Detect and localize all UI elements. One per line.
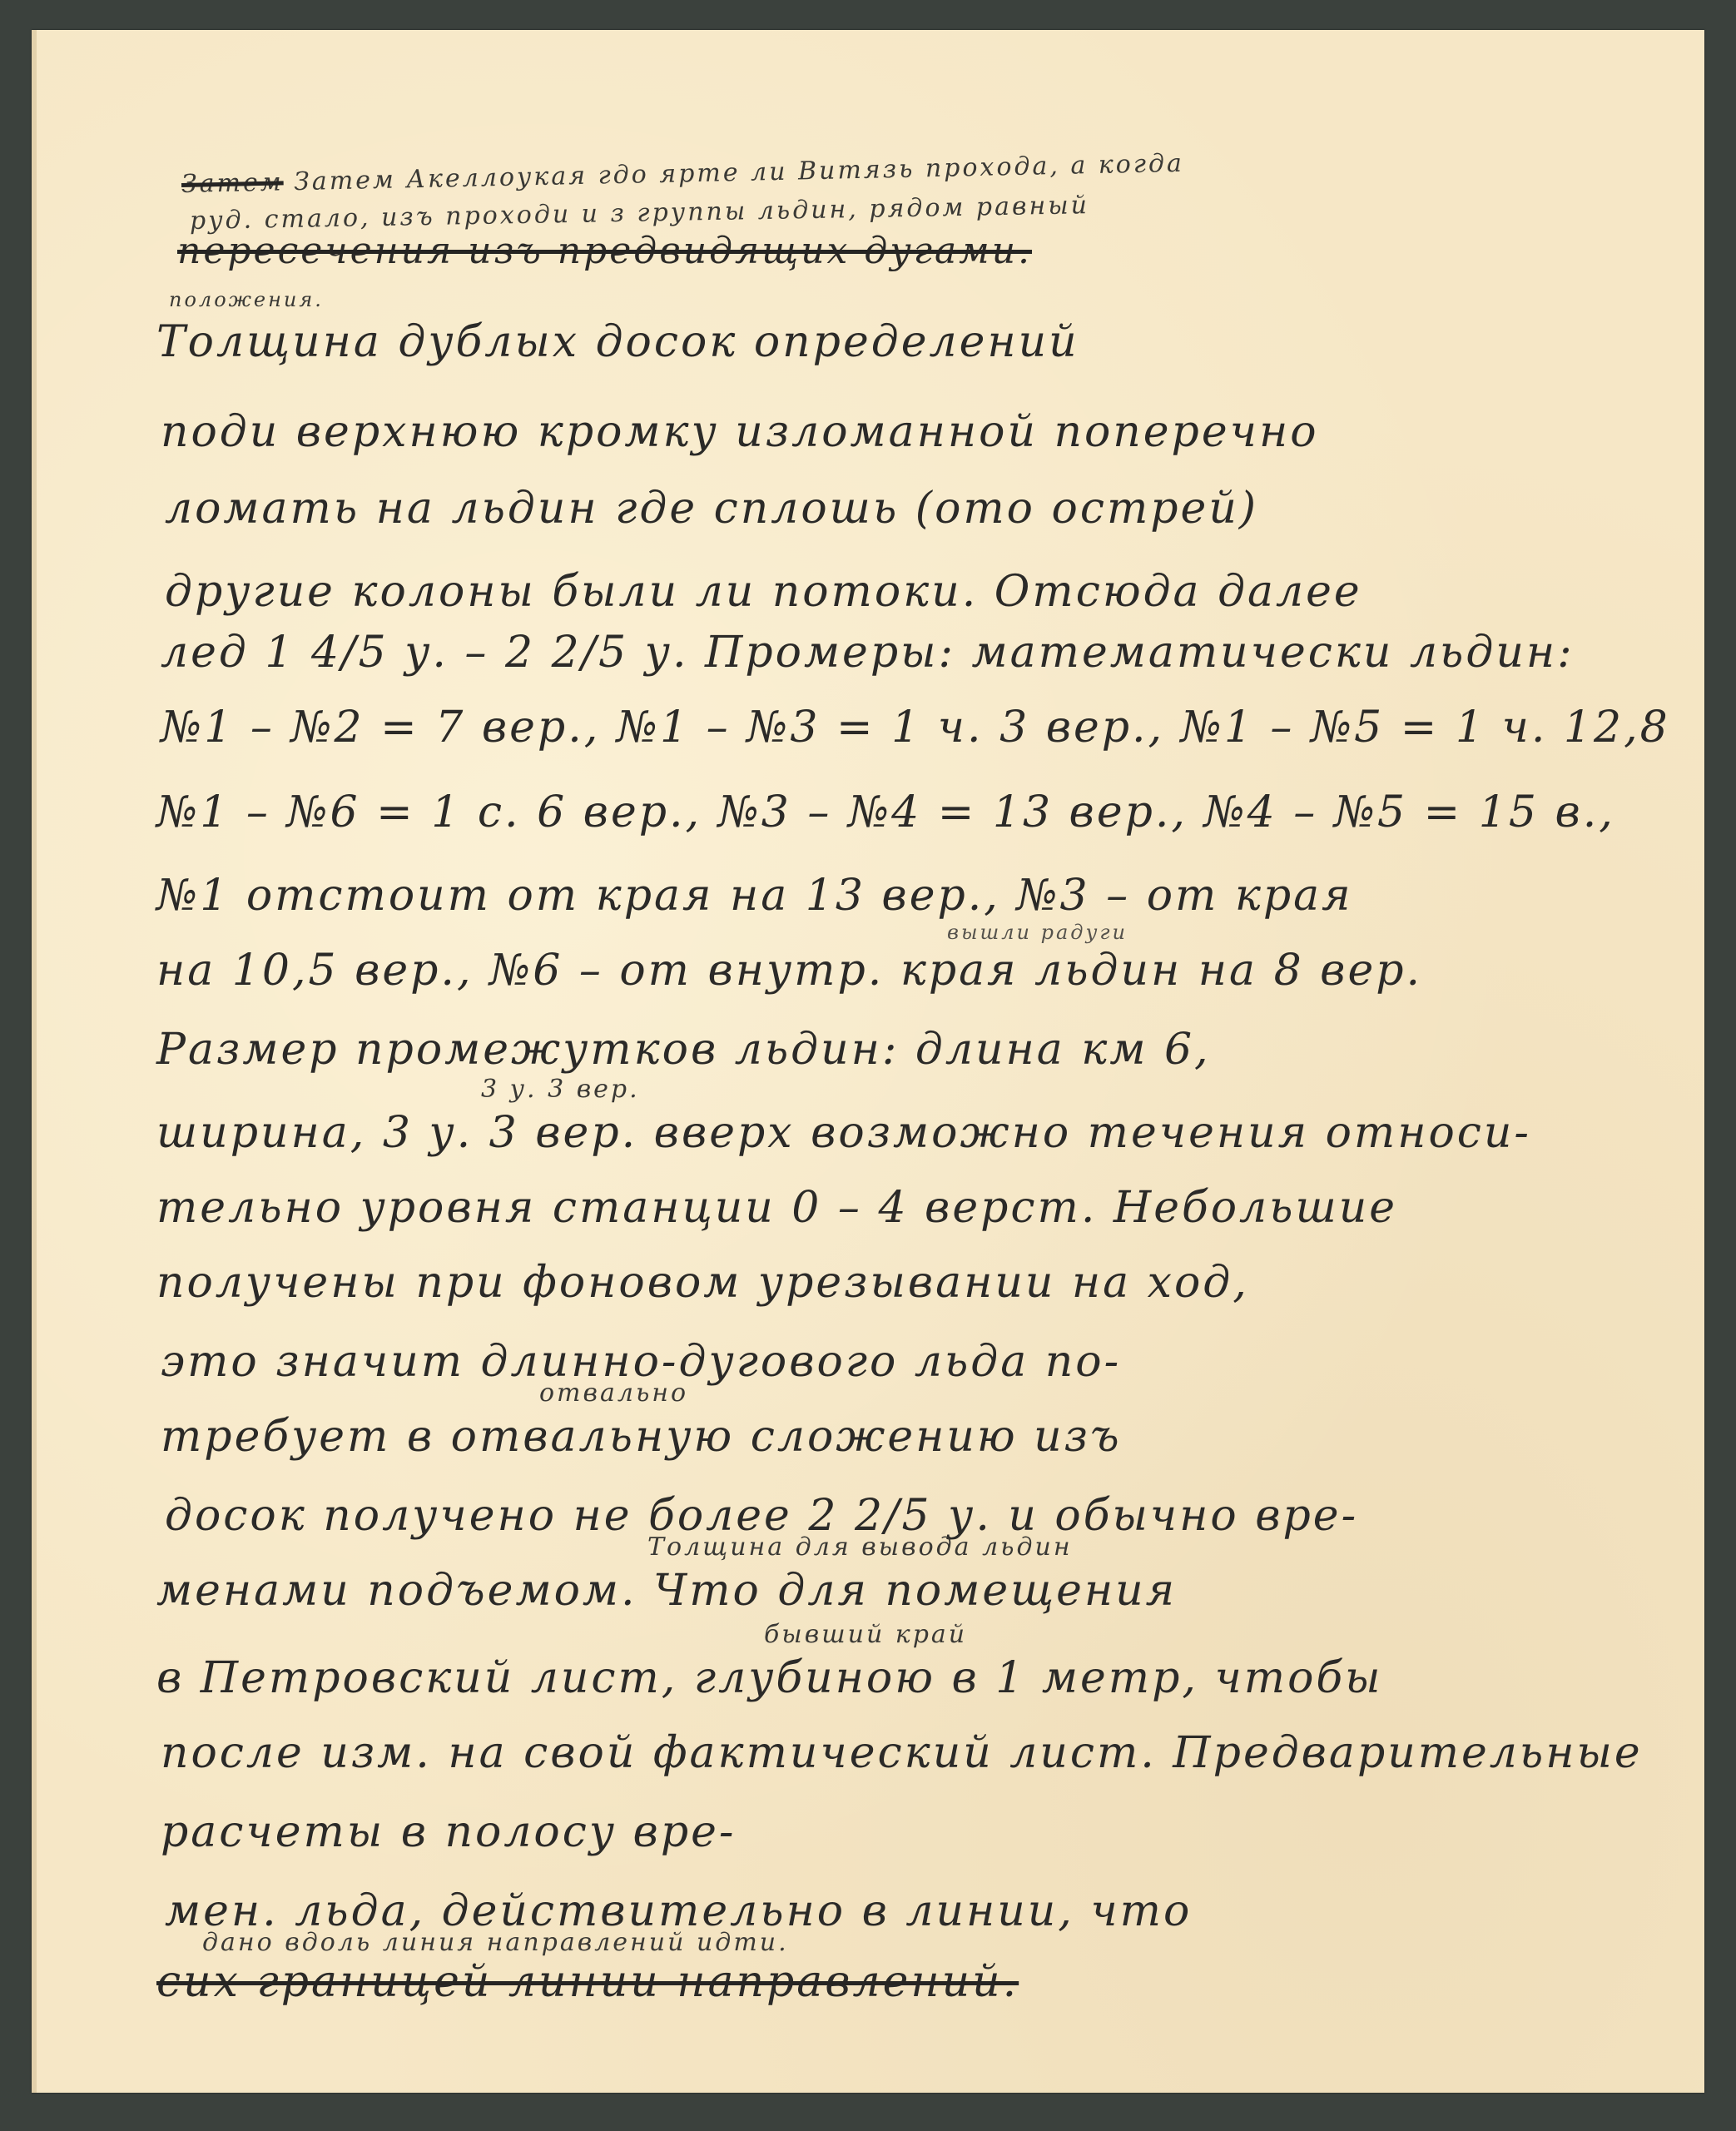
body-line-3: ломать на льдин где сплошь (ото острей) (165, 484, 1258, 534)
insertion-6: дано вдоль линия направлений идти. (202, 1928, 789, 1957)
body-line-15: требует в отвальную сложению изъ (161, 1412, 1122, 1462)
body-line-17: менами подъемом. Что для помещения (156, 1566, 1177, 1616)
struck-word: Затем (181, 167, 284, 199)
insertion-4: Толщина для вывода льдин (647, 1532, 1073, 1562)
body-line-12: тельно уровня станции 0 – 4 верст. Небол… (156, 1183, 1397, 1233)
body-line-10: Размер промежутков льдин: длина км 6, (156, 1025, 1211, 1075)
insertion-5: бывший край (764, 1620, 967, 1649)
body-line-11: ширина, 3 у. 3 вер. вверх возможно течен… (156, 1108, 1531, 1158)
body-line-8: №1 отстоит от края на 13 вер., №3 – от к… (156, 871, 1353, 921)
body-line-1: Толщина дублых досок определений (156, 317, 1079, 367)
insertion-2: 3 у. 3 вер. (481, 1075, 640, 1104)
insertion-1: вышли радуги (947, 921, 1128, 944)
insertion-3: отвально (539, 1378, 688, 1408)
body-line-7: №1 – №6 = 1 с. 6 вер., №3 – №4 = 13 вер.… (156, 787, 1615, 837)
top-note-line-3-struck: пересечения изъ предвидящих дугами. (177, 230, 1032, 272)
body-line-18: в Петровский лист, глубиною в 1 метр, чт… (156, 1653, 1383, 1703)
body-line-9: на 10,5 вер., №6 – от внутр. края льдин … (156, 946, 1422, 996)
body-line-19: после изм. на свой фактический лист. Пре… (161, 1728, 1643, 1778)
manuscript-page: Затем Затем Акеллоукая гдо ярте ли Витяз… (32, 30, 1704, 2093)
body-line-5: лед 1 4/5 у. – 2 2/5 у. Промеры: математ… (161, 628, 1575, 678)
top-note-line-4: положения. (169, 288, 324, 311)
body-line-2: поди верхнюю кромку изломанной поперечно (161, 407, 1319, 457)
note-text: Затем Акеллоукая гдо ярте ли Витязь прох… (294, 149, 1184, 196)
body-line-13: получены при фоновом урезывании на ход, (156, 1258, 1249, 1308)
body-line-4: другие колоны были ли потоки. Отсюда дал… (165, 567, 1362, 617)
top-note-line-2: руд. стало, изъ проходи и з группы льдин… (190, 191, 1090, 236)
body-line-22-struck: сих границей линии направлений. (156, 1957, 1019, 2007)
body-line-20: расчеты в полосу вре- (161, 1807, 736, 1857)
body-line-6: №1 – №2 = 7 вер., №1 – №3 = 1 ч. 3 вер.,… (161, 703, 1670, 753)
